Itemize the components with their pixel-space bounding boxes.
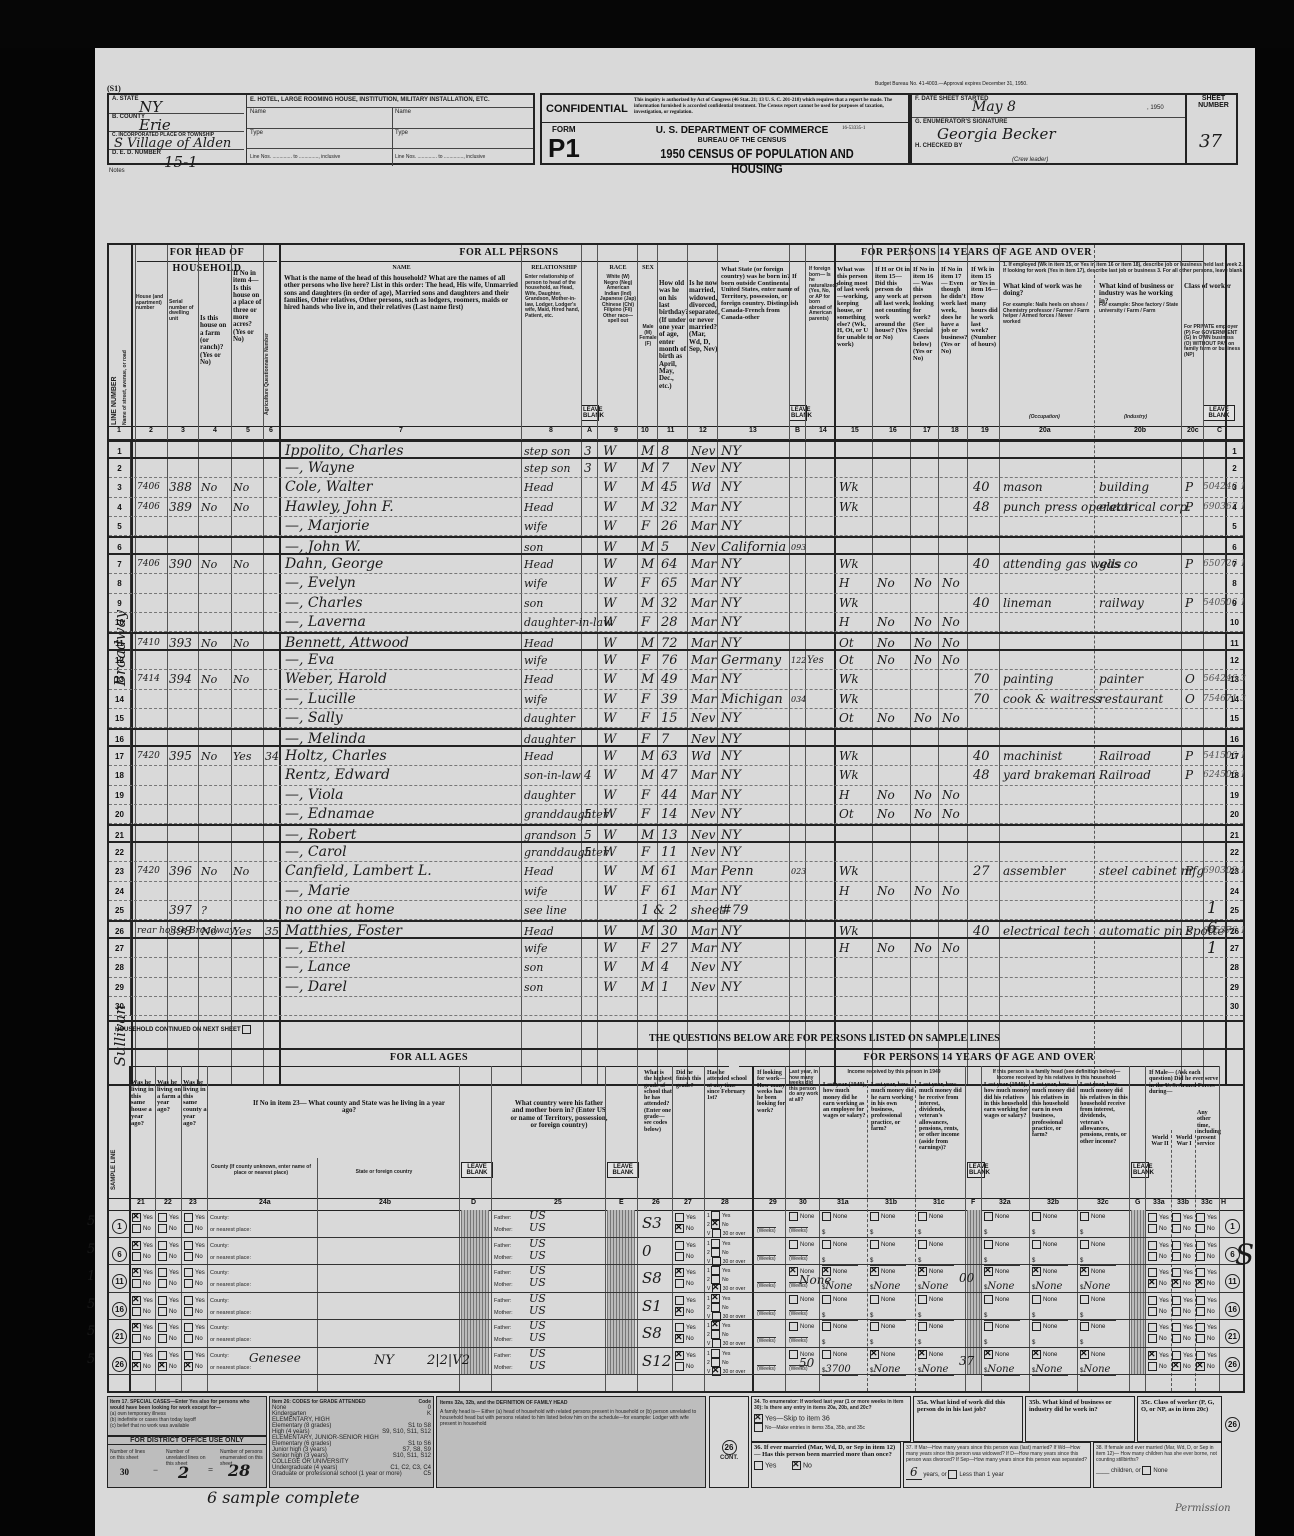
cell-sex[interactable]: F (641, 651, 650, 670)
q21-yes-checkbox[interactable] (132, 1323, 141, 1332)
cell-cls[interactable]: P (1185, 922, 1193, 941)
q21-no-checkbox[interactable] (132, 1307, 141, 1316)
cell-c15[interactable]: H (839, 882, 849, 901)
q23-yes-checkbox[interactable] (184, 1268, 193, 1277)
q31c-none-checkbox[interactable] (918, 1322, 927, 1331)
cell-ind[interactable]: electrical corp. (1099, 498, 1191, 517)
cell-race[interactable]: W (603, 442, 616, 461)
cell-rel[interactable]: granddaughter (524, 843, 608, 862)
cell-name[interactable]: —, Carol (285, 843, 347, 862)
cell-rel[interactable]: granddaughter (524, 805, 608, 824)
cell-c15[interactable]: Ot (839, 634, 854, 653)
q28-no-checkbox[interactable] (711, 1303, 720, 1312)
cell-mar[interactable]: Wd (691, 747, 711, 766)
cell-race[interactable]: W (603, 843, 616, 862)
cell-mar[interactable]: Mar (691, 786, 716, 805)
q37-less-checkbox[interactable] (948, 1470, 957, 1479)
cell-race[interactable]: W (603, 826, 616, 845)
cell-occ[interactable]: lineman (1003, 594, 1052, 613)
q33c-no-checkbox[interactable] (1196, 1362, 1205, 1371)
q22-no-checkbox[interactable] (158, 1362, 167, 1371)
q31a-amount[interactable]: None (825, 1281, 852, 1292)
cell-a[interactable]: 3 (584, 442, 592, 461)
cell-house[interactable]: 7406 (137, 478, 160, 497)
cell-hrs[interactable]: 48 (973, 498, 990, 517)
cell-c18[interactable]: No (942, 574, 960, 593)
cell-age[interactable]: 26 (661, 517, 678, 536)
cell-occ[interactable]: cook & waitress (1003, 690, 1101, 709)
cell-name[interactable]: —, Evelyn (285, 574, 356, 593)
cell-rel[interactable]: see line (524, 901, 567, 920)
cell-house[interactable]: 7414 (137, 670, 160, 689)
q27-yes-checkbox[interactable] (675, 1351, 684, 1360)
cell-age[interactable]: 11 (661, 843, 678, 862)
cell-age[interactable]: 15 (661, 709, 678, 728)
cell-mar[interactable]: Mar (691, 498, 716, 517)
q32c-amount[interactable]: None (1083, 1281, 1110, 1292)
cell-rel[interactable]: Head (524, 478, 554, 497)
state-value[interactable]: NY (374, 1353, 394, 1368)
q35c-box[interactable]: 35c. Class of worker (P, G, O, or NP, as… (1137, 1396, 1222, 1442)
q28-yes-checkbox[interactable] (711, 1321, 720, 1330)
cell-mar[interactable]: Nev (691, 826, 715, 845)
cell-c15[interactable]: Ot (839, 709, 854, 728)
cell-name[interactable]: —, Robert (285, 826, 356, 845)
cell-birth[interactable]: NY (721, 478, 741, 497)
cell-birth[interactable]: NY (721, 978, 741, 997)
enumerator-signature[interactable]: Georgia Becker (937, 125, 1056, 143)
cell-cls[interactable]: O (1185, 690, 1195, 709)
cell-serial[interactable]: 398 (169, 922, 192, 941)
cell-c16[interactable]: No (877, 805, 895, 824)
cell-sex[interactable]: F (641, 709, 650, 728)
q33b-no-checkbox[interactable] (1172, 1362, 1181, 1371)
cell-mar[interactable]: Nev (691, 805, 715, 824)
q32c-amount[interactable]: None (1083, 1364, 1110, 1375)
grade-value[interactable]: S1 (642, 1297, 662, 1315)
q33c-no-checkbox[interactable] (1196, 1252, 1205, 1261)
county-value[interactable]: Genesee (249, 1351, 301, 1365)
q32b-amount[interactable]: None (1035, 1281, 1062, 1292)
cell-mar[interactable]: Mar (691, 555, 716, 574)
cell-nat[interactable]: Yes (807, 651, 824, 670)
q33b-no-checkbox[interactable] (1172, 1224, 1181, 1233)
q22-no-checkbox[interactable] (158, 1252, 167, 1261)
cell-farm[interactable]: No (201, 862, 217, 881)
q33a-no-checkbox[interactable] (1148, 1224, 1157, 1233)
grade-value[interactable]: S8 (642, 1324, 662, 1342)
q32a-none-checkbox[interactable] (984, 1295, 993, 1304)
cell-c16[interactable]: No (877, 651, 895, 670)
q23-no-checkbox[interactable] (184, 1362, 193, 1371)
cell-race[interactable]: W (603, 786, 616, 805)
ed-field[interactable]: d. E. D. NUMBER 15-1 (109, 149, 244, 167)
cell-sex[interactable]: M (641, 594, 654, 613)
cell-c18[interactable]: No (942, 805, 960, 824)
cell-mar[interactable]: Nev (691, 958, 715, 977)
cell-a[interactable]: 4 (584, 766, 592, 785)
q31b-none-checkbox[interactable] (870, 1322, 879, 1331)
cell-rel[interactable]: Head (524, 555, 554, 574)
q33a-yes-checkbox[interactable] (1148, 1268, 1157, 1277)
q31c-none-checkbox[interactable] (918, 1267, 927, 1276)
cell-farm[interactable]: ? (201, 901, 207, 920)
cell-name[interactable]: —, Lucille (285, 690, 356, 709)
cell-race[interactable]: W (603, 613, 616, 632)
cell-c17[interactable]: No (914, 709, 932, 728)
cell-race[interactable]: W (603, 634, 616, 653)
cell-c16[interactable]: No (877, 613, 895, 632)
cell-rel[interactable]: Head (524, 634, 554, 653)
q27-no-checkbox[interactable] (675, 1307, 684, 1316)
cell-mar[interactable]: Nev (691, 730, 715, 749)
cell-farm[interactable]: No (201, 922, 217, 941)
cell-age[interactable]: 45 (661, 478, 678, 497)
q31a-amount[interactable]: 3700 (825, 1364, 850, 1375)
q22-yes-checkbox[interactable] (158, 1241, 167, 1250)
q23-no-checkbox[interactable] (184, 1224, 193, 1233)
mother-birthplace[interactable]: US (529, 1249, 546, 1262)
state-field[interactable]: a. STATE NY (109, 95, 244, 114)
cell-mar[interactable]: sheet (691, 901, 724, 920)
cell-birth[interactable]: NY (721, 709, 741, 728)
cell-name[interactable]: —, Ethel (285, 939, 346, 958)
cell-house[interactable]: 7406 (137, 498, 160, 517)
cell-a[interactable]: 3 (584, 459, 592, 478)
cell-rel[interactable]: Head (524, 922, 554, 941)
q33b-yes-checkbox[interactable] (1172, 1213, 1181, 1222)
cell-sex[interactable]: M (641, 922, 654, 941)
cell-acres[interactable]: No (233, 498, 249, 517)
cell-c15[interactable]: Wk (839, 594, 859, 613)
cell-a[interactable]: 5 (584, 805, 592, 824)
cell-race[interactable]: W (603, 730, 616, 749)
cell-sex[interactable]: F (641, 843, 650, 862)
cell-race[interactable]: W (603, 747, 616, 766)
q22-no-checkbox[interactable] (158, 1279, 167, 1288)
cell-rel[interactable]: Head (524, 498, 554, 517)
q22-yes-checkbox[interactable] (158, 1268, 167, 1277)
cell-name[interactable]: —, Marjorie (285, 517, 370, 536)
cell-mar[interactable]: Mar (691, 651, 716, 670)
cell-age[interactable]: 63 (661, 747, 678, 766)
q32a-amount[interactable]: None (987, 1364, 1014, 1375)
cell-cls[interactable]: P (1185, 498, 1193, 517)
cell-cls[interactable]: P (1185, 478, 1193, 497)
cell-mar[interactable]: Nev (691, 843, 715, 862)
cell-c15[interactable]: Wk (839, 690, 859, 709)
q33c-yes-checkbox[interactable] (1196, 1351, 1205, 1360)
cell-sex[interactable]: M (641, 978, 654, 997)
cell-rel[interactable]: son-in-law (524, 766, 581, 785)
cell-rel[interactable]: wife (524, 690, 548, 709)
q32a-none-checkbox[interactable] (984, 1350, 993, 1359)
cell-age[interactable]: 14 (661, 805, 678, 824)
q33c-yes-checkbox[interactable] (1196, 1268, 1205, 1277)
q33b-no-checkbox[interactable] (1172, 1279, 1181, 1288)
cell-mar[interactable]: Mar (691, 613, 716, 632)
cell-rel[interactable]: daughter-in-law (524, 613, 613, 632)
grade-value[interactable]: S12 (642, 1352, 671, 1370)
cell-rel[interactable]: wife (524, 882, 548, 901)
cell-name[interactable]: Canfield, Lambert L. (285, 862, 432, 881)
cell-cls[interactable]: P (1185, 594, 1193, 613)
cell-rel[interactable]: son (524, 538, 543, 557)
cell-occ[interactable]: mason (1003, 478, 1043, 497)
cell-sex[interactable]: M (641, 862, 654, 881)
cell-mar[interactable]: Mar (691, 862, 716, 881)
cell-rel[interactable]: Head (524, 862, 554, 881)
cell-name[interactable]: Cole, Walter (285, 478, 372, 497)
q32b-none-checkbox[interactable] (1032, 1295, 1041, 1304)
q23-no-checkbox[interactable] (184, 1279, 193, 1288)
cell-acres[interactable]: No (233, 478, 249, 497)
cell-hrs[interactable]: 48 (973, 766, 990, 785)
q21-no-checkbox[interactable] (132, 1279, 141, 1288)
cell-birth[interactable]: Penn (721, 862, 754, 881)
q30-none-checkbox[interactable] (789, 1212, 798, 1221)
cell-name[interactable]: —, Sally (285, 709, 343, 728)
cell-acres[interactable]: No (233, 634, 249, 653)
q28-yes-checkbox[interactable] (711, 1266, 720, 1275)
q33c-no-checkbox[interactable] (1196, 1334, 1205, 1343)
cell-c18[interactable]: No (942, 651, 960, 670)
cell-name[interactable]: —, Eva (285, 651, 334, 670)
cell-c17[interactable]: No (914, 634, 932, 653)
mother-birthplace[interactable]: US (529, 1331, 546, 1344)
q32a-none-checkbox[interactable] (984, 1267, 993, 1276)
cell-sex[interactable]: M (641, 478, 654, 497)
q22-no-checkbox[interactable] (158, 1334, 167, 1343)
cell-cls[interactable]: P (1185, 766, 1193, 785)
q21-no-checkbox[interactable] (132, 1334, 141, 1343)
q31a-none-checkbox[interactable] (822, 1212, 831, 1221)
q21-yes-checkbox[interactable] (132, 1351, 141, 1360)
cell-name[interactable]: Rentz, Edward (285, 766, 390, 785)
q22-yes-checkbox[interactable] (158, 1351, 167, 1360)
q28-no-checkbox[interactable] (711, 1248, 720, 1257)
cell-rel[interactable]: son (524, 978, 543, 997)
q31c-amount[interactable]: None (921, 1364, 948, 1375)
cell-cls[interactable]: P (1185, 555, 1193, 574)
cell-race[interactable]: W (603, 805, 616, 824)
cell-birth[interactable]: NY (721, 805, 741, 824)
q33a-yes-checkbox[interactable] (1148, 1213, 1157, 1222)
cell-age[interactable]: 47 (661, 766, 678, 785)
q27-no-checkbox[interactable] (675, 1224, 684, 1233)
cell-mar[interactable]: Mar (691, 690, 716, 709)
cell-sex[interactable]: F (641, 786, 650, 805)
cell-mar[interactable]: Mar (691, 922, 716, 941)
q32b-none-checkbox[interactable] (1032, 1212, 1041, 1221)
cell-sex[interactable]: M (641, 766, 654, 785)
cell-c15[interactable]: Wk (839, 555, 859, 574)
cell-farm[interactable]: No (201, 747, 217, 766)
cell-c17[interactable]: No (914, 651, 932, 670)
cell-serial[interactable]: 393 (169, 634, 192, 653)
q33b-yes-checkbox[interactable] (1172, 1323, 1181, 1332)
q31a-none-checkbox[interactable] (822, 1240, 831, 1249)
cell-c15[interactable]: Wk (839, 862, 859, 881)
cell-rel[interactable]: wife (524, 651, 548, 670)
cell-birth[interactable]: NY (721, 958, 741, 977)
cell-sex[interactable]: F (641, 805, 650, 824)
cell-name[interactable]: Ippolito, Charles (285, 442, 404, 461)
cell-c18[interactable]: No (942, 613, 960, 632)
cell-mar[interactable]: Mar (691, 594, 716, 613)
cell-birth[interactable]: Germany (721, 651, 781, 670)
grade-value[interactable]: 0 (642, 1242, 652, 1260)
cell-mar[interactable]: Mar (691, 634, 716, 653)
cell-rel[interactable]: wife (524, 574, 548, 593)
cell-age[interactable]: 28 (661, 613, 678, 632)
q31c-amount[interactable]: None (921, 1281, 948, 1292)
cell-farm[interactable]: No (201, 634, 217, 653)
q33a-no-checkbox[interactable] (1148, 1252, 1157, 1261)
cell-name[interactable]: —, Ednamae (285, 805, 374, 824)
cell-house[interactable]: 7420 (137, 747, 160, 766)
cell-acres[interactable]: Yes (233, 747, 251, 766)
cell-c17[interactable]: No (914, 574, 932, 593)
cell-sex[interactable]: M (641, 634, 654, 653)
q33a-yes-checkbox[interactable] (1148, 1296, 1157, 1305)
q21-yes-checkbox[interactable] (132, 1241, 141, 1250)
cell-race[interactable]: W (603, 517, 616, 536)
cell-birth[interactable]: NY (721, 882, 741, 901)
cell-rel[interactable]: daughter (524, 786, 575, 805)
q33c-no-checkbox[interactable] (1196, 1279, 1205, 1288)
cell-serial[interactable]: 388 (169, 478, 192, 497)
cell-rel[interactable]: wife (524, 939, 548, 958)
q22-yes-checkbox[interactable] (158, 1323, 167, 1332)
q32c-none-checkbox[interactable] (1080, 1350, 1089, 1359)
q31b-amount[interactable]: None (873, 1364, 900, 1375)
cell-rel[interactable]: wife (524, 517, 548, 536)
q21-no-checkbox[interactable] (132, 1224, 141, 1233)
q31b-amount[interactable]: None (873, 1281, 900, 1292)
cell-birth[interactable]: NY (721, 939, 741, 958)
cell-c17[interactable]: No (914, 786, 932, 805)
cell-mar[interactable]: Nev (691, 978, 715, 997)
q27-yes-checkbox[interactable] (675, 1213, 684, 1222)
cell-cls[interactable]: P (1185, 747, 1193, 766)
cell-ind[interactable]: Railroad (1099, 747, 1151, 766)
q31b-none-checkbox[interactable] (870, 1267, 879, 1276)
cell-age[interactable]: 13 (661, 826, 678, 845)
cell-sex[interactable]: M (641, 555, 654, 574)
cell-age[interactable]: 27 (661, 939, 678, 958)
q30-none-checkbox[interactable] (789, 1267, 798, 1276)
q33b-no-checkbox[interactable] (1172, 1307, 1181, 1316)
q23-no-checkbox[interactable] (184, 1307, 193, 1316)
q32b-amount[interactable]: None (1035, 1364, 1062, 1375)
cell-c18[interactable]: No (942, 709, 960, 728)
cell-serial[interactable]: 397 (169, 901, 192, 920)
cell-sex[interactable]: M (641, 498, 654, 517)
cell-house[interactable]: 7406 (137, 555, 160, 574)
cell-race[interactable]: W (603, 594, 616, 613)
grade-value[interactable]: S8 (642, 1269, 662, 1287)
q27-no-checkbox[interactable] (675, 1362, 684, 1371)
cell-birth[interactable]: NY (721, 517, 741, 536)
cell-age[interactable]: 44 (661, 786, 678, 805)
cell-mar[interactable]: Wd (691, 478, 711, 497)
q21-yes-checkbox[interactable] (132, 1296, 141, 1305)
cell-rel[interactable]: grandson (524, 826, 576, 845)
q28-yes-checkbox[interactable] (711, 1294, 720, 1303)
q27-yes-checkbox[interactable] (675, 1323, 684, 1332)
grade-value[interactable]: S3 (642, 1214, 662, 1232)
cell-birth[interactable]: NY (721, 498, 741, 517)
cell-birth[interactable]: California (721, 538, 786, 557)
cell-rel[interactable]: Head (524, 747, 554, 766)
q23-yes-checkbox[interactable] (184, 1213, 193, 1222)
sheet-number[interactable]: 37 (1199, 131, 1222, 152)
q37-years-value[interactable]: 6 (906, 1465, 922, 1480)
q31b-none-checkbox[interactable] (870, 1295, 879, 1304)
cell-birth[interactable]: NY (721, 574, 741, 593)
cell-hrs[interactable]: 70 (973, 690, 990, 709)
q22-yes-checkbox[interactable] (158, 1213, 167, 1222)
q33a-yes-checkbox[interactable] (1148, 1323, 1157, 1332)
cell-sex[interactable]: F (641, 690, 650, 709)
q36-no-checkbox[interactable] (792, 1461, 801, 1470)
q32b-none-checkbox[interactable] (1032, 1267, 1041, 1276)
cell-age[interactable]: 32 (661, 498, 678, 517)
cell-c15[interactable]: H (839, 939, 849, 958)
cell-age[interactable]: 72 (661, 634, 678, 653)
cell-sex[interactable]: M (641, 958, 654, 977)
cell-serial[interactable]: 389 (169, 498, 192, 517)
cell-race[interactable]: W (603, 862, 616, 881)
cell-age[interactable]: 49 (661, 670, 678, 689)
cell-birth[interactable]: NY (721, 843, 741, 862)
cell-c18[interactable]: No (942, 939, 960, 958)
cell-farm[interactable]: No (201, 478, 217, 497)
cell-mar[interactable]: Mar (691, 670, 716, 689)
cell-hrs[interactable]: 40 (973, 747, 990, 766)
cell-sex[interactable]: M (641, 826, 654, 845)
q28-no-checkbox[interactable] (711, 1220, 720, 1229)
cell-name[interactable]: Hawley, John F. (285, 498, 394, 517)
place-field[interactable]: c. INCORPORATED PLACE OR TOWNSHIP S Vill… (109, 131, 244, 150)
cell-b[interactable]: 122 (791, 651, 806, 670)
q22-yes-checkbox[interactable] (158, 1296, 167, 1305)
q33c-no-checkbox[interactable] (1196, 1224, 1205, 1233)
q32b-none-checkbox[interactable] (1032, 1240, 1041, 1249)
q28-yes-checkbox[interactable] (711, 1239, 720, 1248)
cell-sex[interactable]: 1 & 2 (641, 901, 677, 920)
q23-no-checkbox[interactable] (184, 1252, 193, 1261)
cell-birth[interactable]: NY (721, 786, 741, 805)
cell-c15[interactable]: Ot (839, 805, 854, 824)
cell-hrs[interactable]: 40 (973, 555, 990, 574)
cell-mar[interactable]: Nev (691, 709, 715, 728)
cell-race[interactable]: W (603, 478, 616, 497)
cell-b[interactable]: 023 (791, 862, 806, 881)
cell-occ[interactable]: painting (1003, 670, 1053, 689)
cell-birth[interactable]: #79 (721, 901, 748, 920)
cell-ind[interactable]: Railroad (1099, 766, 1151, 785)
cell-occ[interactable]: assembler (1003, 862, 1065, 881)
q32c-none-checkbox[interactable] (1080, 1267, 1089, 1276)
mother-birthplace[interactable]: US (529, 1221, 546, 1234)
cell-rel[interactable]: son (524, 594, 543, 613)
q30-none-checkbox[interactable] (789, 1350, 798, 1359)
n-unrelated-value[interactable]: 2 (178, 1463, 189, 1482)
cell-ind[interactable]: gas co (1099, 555, 1138, 574)
cell-house[interactable]: 7420 (137, 862, 160, 881)
